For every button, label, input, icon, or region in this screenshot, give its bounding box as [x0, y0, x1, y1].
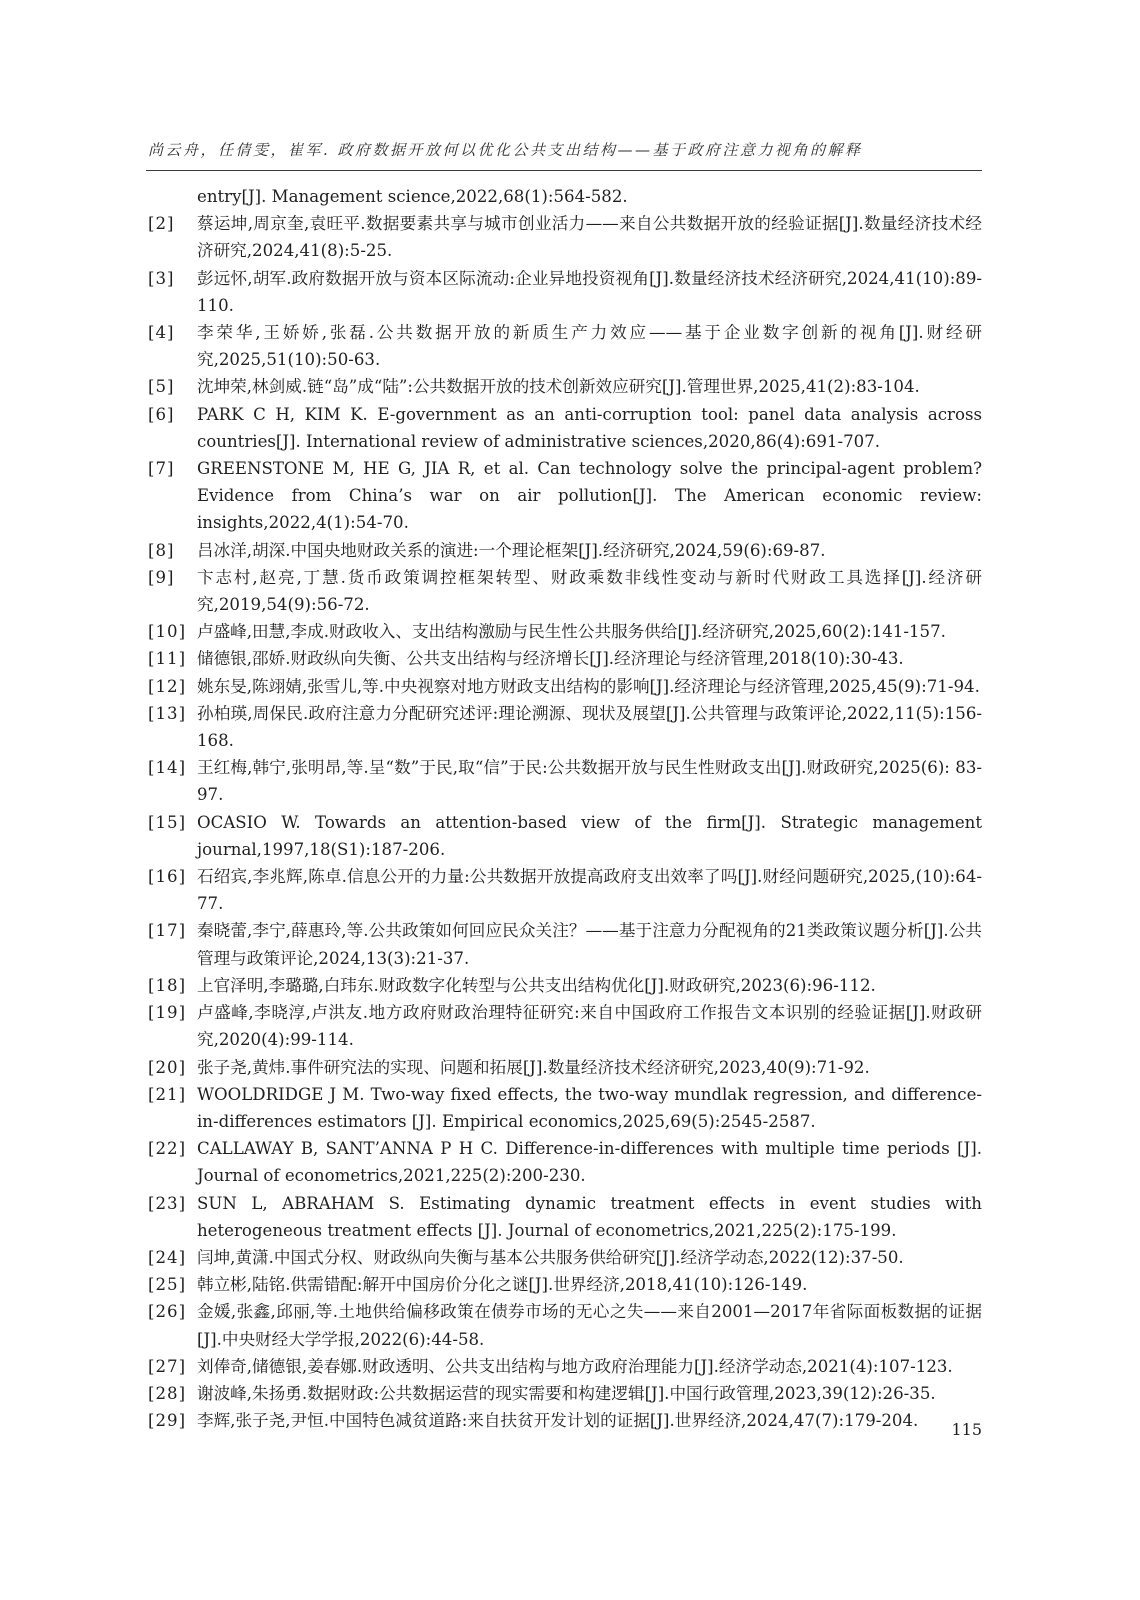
- reference-item: [12] 姚东旻,陈翊婧,张雪儿,等.中央视察对地方财政支出结构的影响[J].经…: [148, 673, 982, 700]
- reference-item: [18] 上官泽明,李璐璐,白玮东.财政数字化转型与公共支出结构优化[J].财政…: [148, 972, 982, 999]
- reference-label: [16]: [148, 863, 186, 890]
- reference-label: [12]: [148, 673, 186, 700]
- reference-label: [22]: [148, 1135, 186, 1162]
- reference-text: PARK C H, KIM K. E-government as an anti…: [197, 405, 982, 451]
- reference-item: [27] 刘俸奇,储德银,姜春娜.财政透明、公共支出结构与地方政府治理能力[J]…: [148, 1353, 982, 1380]
- reference-item: [13] 孙柏瑛,周保民.政府注意力分配研究述评:理论溯源、现状及展望[J].公…: [148, 700, 982, 754]
- reference-text: entry[J]. Management science,2022,68(1):…: [197, 187, 628, 206]
- reference-label: [10]: [148, 618, 186, 645]
- reference-text: 谢波峰,朱扬勇.数据财政:公共数据运营的现实需要和构建逻辑[J].中国行政管理,…: [197, 1384, 936, 1403]
- reference-label: [26]: [148, 1298, 186, 1325]
- reference-item: [24] 闫坤,黄潇.中国式分权、财政纵向失衡与基本公共服务供给研究[J].经济…: [148, 1244, 982, 1271]
- reference-text: OCASIO W. Towards an attention-based vie…: [197, 813, 982, 859]
- reference-text: 吕冰洋,胡深.中国央地财政关系的演进:一个理论框架[J].经济研究,2024,5…: [197, 541, 826, 560]
- reference-text: 上官泽明,李璐璐,白玮东.财政数字化转型与公共支出结构优化[J].财政研究,20…: [197, 976, 876, 995]
- reference-label: [4]: [148, 319, 175, 346]
- reference-label: [5]: [148, 373, 175, 400]
- reference-item: [5] 沈坤荣,林剑威.链“岛”成“陆”:公共数据开放的技术创新效应研究[J].…: [148, 373, 982, 400]
- reference-item: [7] GREENSTONE M, HE G, JIA R, et al. Ca…: [148, 455, 982, 537]
- reference-text: 韩立彬,陆铭.供需错配:解开中国房价分化之谜[J].世界经济,2018,41(1…: [197, 1275, 807, 1294]
- reference-item: [15] OCASIO W. Towards an attention-base…: [148, 809, 982, 863]
- reference-text: 储德银,邵娇.财政纵向失衡、公共支出结构与经济增长[J].经济理论与经济管理,2…: [197, 649, 904, 668]
- reference-text: 石绍宾,李兆辉,陈卓.信息公开的力量:公共数据开放提高政府支出效率了吗[J].财…: [197, 867, 982, 913]
- reference-item: [21] WOOLDRIDGE J M. Two-way fixed effec…: [148, 1081, 982, 1135]
- reference-item: [28] 谢波峰,朱扬勇.数据财政:公共数据运营的现实需要和构建逻辑[J].中国…: [148, 1380, 982, 1407]
- reference-text: WOOLDRIDGE J M. Two-way fixed effects, t…: [197, 1085, 982, 1131]
- reference-item: [20] 张子尧,黄炜.事件研究法的实现、问题和拓展[J].数量经济技术经济研究…: [148, 1054, 982, 1081]
- reference-item: [6] PARK C H, KIM K. E-government as an …: [148, 401, 982, 455]
- reference-text: 卞志村,赵亮,丁慧.货币政策调控框架转型、财政乘数非线性变动与新时代财政工具选择…: [197, 568, 982, 614]
- reference-text: 张子尧,黄炜.事件研究法的实现、问题和拓展[J].数量经济技术经济研究,2023…: [197, 1058, 870, 1077]
- reference-text: 蔡运坤,周京奎,袁旺平.数据要素共享与城市创业活力——来自公共数据开放的经验证据…: [197, 214, 982, 260]
- reference-text: 秦晓蕾,李宁,薛惠玲,等.公共政策如何回应民众关注？——基于注意力分配视角的21…: [197, 921, 982, 967]
- reference-list: entry[J]. Management science,2022,68(1):…: [148, 183, 982, 1434]
- page-number: 115: [951, 1420, 982, 1439]
- reference-label: [27]: [148, 1353, 186, 1380]
- reference-label: [15]: [148, 809, 186, 836]
- reference-label: [20]: [148, 1054, 186, 1081]
- reference-text: 卢盛峰,田慧,李成.财政收入、支出结构激励与民生性公共服务供给[J].经济研究,…: [197, 622, 946, 641]
- reference-label: [17]: [148, 917, 186, 944]
- reference-label: [11]: [148, 645, 186, 672]
- reference-label: [28]: [148, 1380, 186, 1407]
- reference-item: [11] 储德银,邵娇.财政纵向失衡、公共支出结构与经济增长[J].经济理论与经…: [148, 645, 982, 672]
- reference-item: [19] 卢盛峰,李晓淳,卢洪友.地方政府财政治理特征研究:来自中国政府工作报告…: [148, 999, 982, 1053]
- running-header: 尚云舟，任倩雯，崔军. 政府数据开放何以优化公共支出结构——基于政府注意力视角的…: [148, 139, 984, 160]
- reference-label: [19]: [148, 999, 186, 1026]
- reference-item: [26] 金媛,张鑫,邱丽,等.土地供给偏移政策在债券市场的无心之失——来自20…: [148, 1298, 982, 1352]
- reference-label: [3]: [148, 265, 175, 292]
- reference-label: [6]: [148, 401, 175, 428]
- reference-item: entry[J]. Management science,2022,68(1):…: [148, 183, 982, 210]
- reference-item: [2] 蔡运坤,周京奎,袁旺平.数据要素共享与城市创业活力——来自公共数据开放的…: [148, 210, 982, 264]
- journal-page: 尚云舟，任倩雯，崔军. 政府数据开放何以优化公共支出结构——基于政府注意力视角的…: [0, 0, 1140, 1600]
- reference-text: SUN L, ABRAHAM S. Estimating dynamic tre…: [197, 1194, 982, 1240]
- reference-text: 闫坤,黄潇.中国式分权、财政纵向失衡与基本公共服务供给研究[J].经济学动态,2…: [197, 1248, 904, 1267]
- reference-text: 王红梅,韩宁,张明昂,等.呈“数”于民,取“信”于民:公共数据开放与民生性财政支…: [197, 758, 982, 804]
- reference-label: [23]: [148, 1190, 186, 1217]
- reference-label: [21]: [148, 1081, 186, 1108]
- reference-label: [9]: [148, 564, 175, 591]
- reference-text: 孙柏瑛,周保民.政府注意力分配研究述评:理论溯源、现状及展望[J].公共管理与政…: [197, 704, 982, 750]
- header-rule: [146, 170, 982, 171]
- reference-item: [3] 彭远怀,胡军.政府数据开放与资本区际流动:企业异地投资视角[J].数量经…: [148, 265, 982, 319]
- reference-text: 彭远怀,胡军.政府数据开放与资本区际流动:企业异地投资视角[J].数量经济技术经…: [197, 269, 982, 315]
- reference-text: CALLAWAY B, SANT’ANNA P H C. Difference-…: [197, 1139, 982, 1185]
- reference-text: GREENSTONE M, HE G, JIA R, et al. Can te…: [197, 459, 982, 532]
- reference-text: 沈坤荣,林剑威.链“岛”成“陆”:公共数据开放的技术创新效应研究[J].管理世界…: [197, 377, 920, 396]
- reference-item: [10] 卢盛峰,田慧,李成.财政收入、支出结构激励与民生性公共服务供给[J].…: [148, 618, 982, 645]
- reference-item: [9] 卞志村,赵亮,丁慧.货币政策调控框架转型、财政乘数非线性变动与新时代财政…: [148, 564, 982, 618]
- reference-item: [22] CALLAWAY B, SANT’ANNA P H C. Differ…: [148, 1135, 982, 1189]
- reference-label: [18]: [148, 972, 186, 999]
- reference-label: [25]: [148, 1271, 186, 1298]
- reference-text: 卢盛峰,李晓淳,卢洪友.地方政府财政治理特征研究:来自中国政府工作报告文本识别的…: [197, 1003, 982, 1049]
- reference-item: [25] 韩立彬,陆铭.供需错配:解开中国房价分化之谜[J].世界经济,2018…: [148, 1271, 982, 1298]
- reference-item: [14] 王红梅,韩宁,张明昂,等.呈“数”于民,取“信”于民:公共数据开放与民…: [148, 754, 982, 808]
- reference-label: [13]: [148, 700, 186, 727]
- reference-label: [7]: [148, 455, 175, 482]
- reference-item: [8] 吕冰洋,胡深.中国央地财政关系的演进:一个理论框架[J].经济研究,20…: [148, 537, 982, 564]
- reference-label: [8]: [148, 537, 175, 564]
- reference-label: [2]: [148, 210, 175, 237]
- reference-item: [29] 李辉,张子尧,尹恒.中国特色减贫道路:来自扶贫开发计划的证据[J].世…: [148, 1407, 982, 1434]
- reference-item: [23] SUN L, ABRAHAM S. Estimating dynami…: [148, 1190, 982, 1244]
- reference-item: [17] 秦晓蕾,李宁,薛惠玲,等.公共政策如何回应民众关注？——基于注意力分配…: [148, 917, 982, 971]
- reference-text: 刘俸奇,储德银,姜春娜.财政透明、公共支出结构与地方政府治理能力[J].经济学动…: [197, 1357, 953, 1376]
- reference-item: [16] 石绍宾,李兆辉,陈卓.信息公开的力量:公共数据开放提高政府支出效率了吗…: [148, 863, 982, 917]
- reference-text: 姚东旻,陈翊婧,张雪儿,等.中央视察对地方财政支出结构的影响[J].经济理论与经…: [197, 677, 980, 696]
- reference-label: [14]: [148, 754, 186, 781]
- reference-label: [24]: [148, 1244, 186, 1271]
- reference-label: [29]: [148, 1407, 186, 1434]
- reference-text: 李荣华,王娇娇,张磊.公共数据开放的新质生产力效应——基于企业数字创新的视角[J…: [197, 323, 982, 369]
- reference-text: 金媛,张鑫,邱丽,等.土地供给偏移政策在债券市场的无心之失——来自2001—20…: [197, 1302, 982, 1348]
- reference-text: 李辉,张子尧,尹恒.中国特色减贫道路:来自扶贫开发计划的证据[J].世界经济,2…: [197, 1411, 918, 1430]
- reference-item: [4] 李荣华,王娇娇,张磊.公共数据开放的新质生产力效应——基于企业数字创新的…: [148, 319, 982, 373]
